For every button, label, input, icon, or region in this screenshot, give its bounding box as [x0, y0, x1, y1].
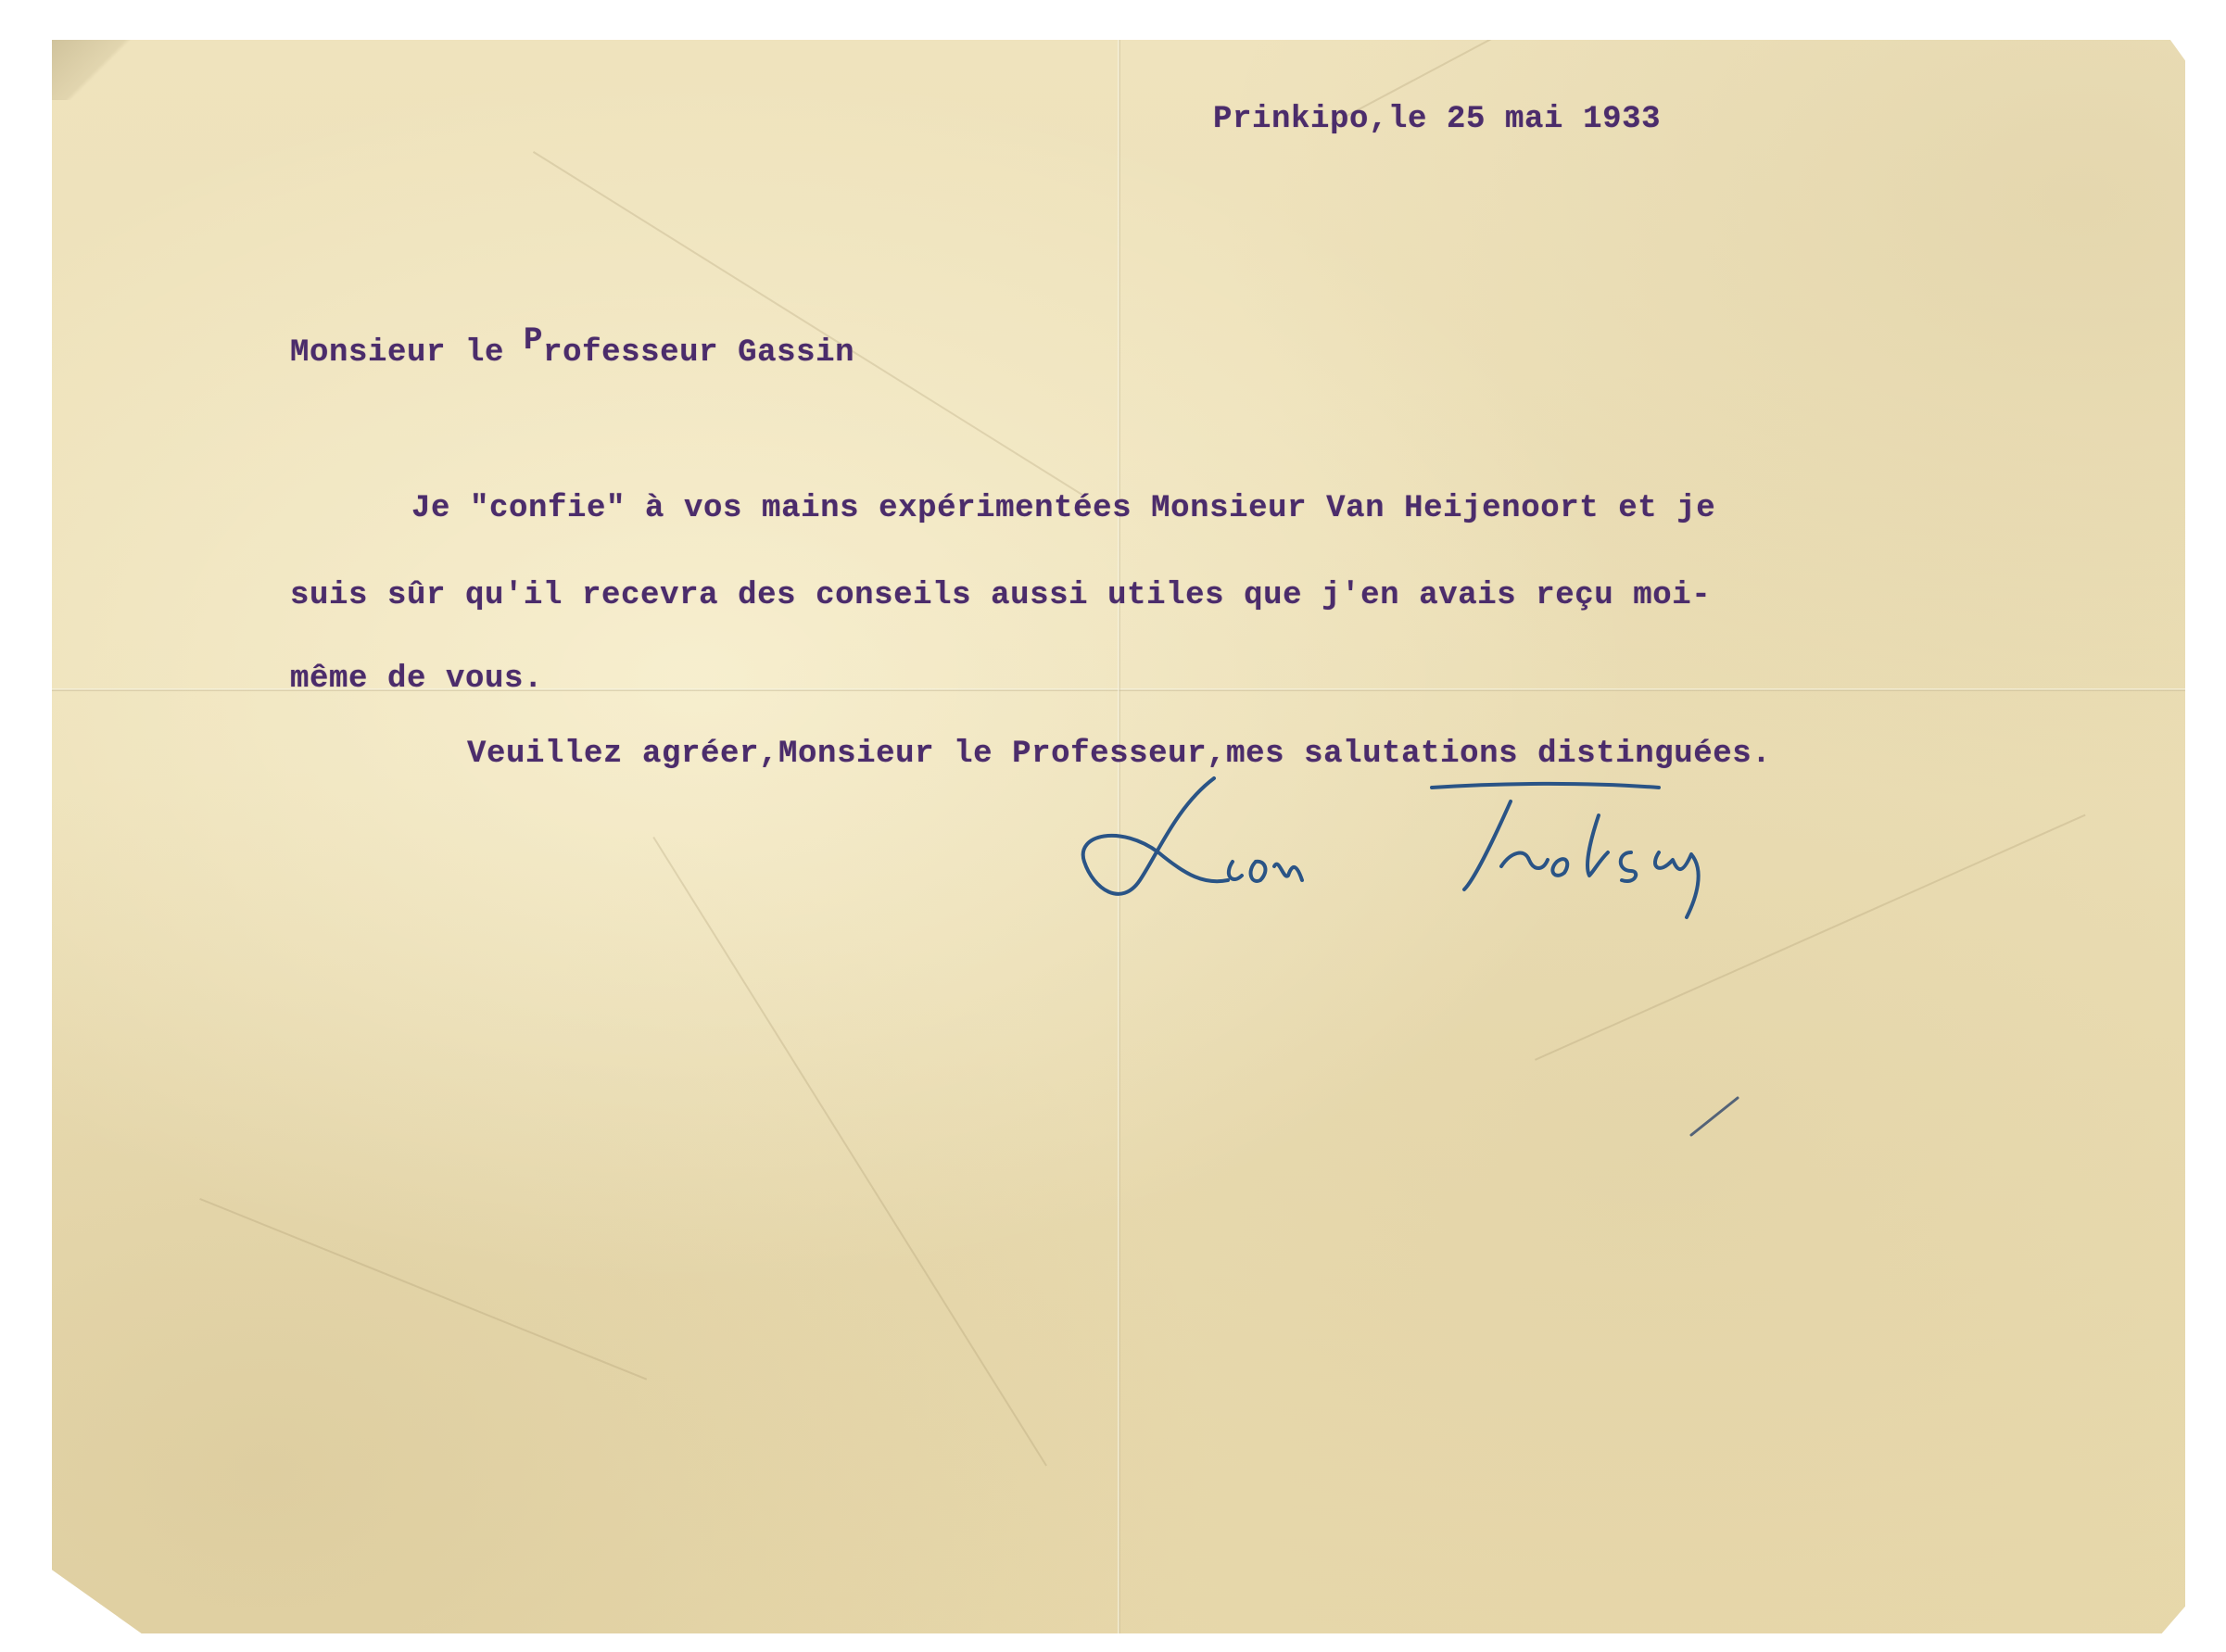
salutation-line: Monsieur le Professeur Gassin	[290, 335, 854, 371]
corner-fold	[52, 40, 145, 100]
crease	[652, 837, 1047, 1466]
place-date-line: Prinkipo,le 25 mai 1933	[1213, 102, 1661, 137]
salutation-end: rofesseur Gassin	[543, 335, 854, 371]
signature-ink-icon	[1066, 750, 1770, 936]
crease	[533, 151, 1084, 497]
ink-mark	[1687, 1093, 1742, 1140]
signature-text: Léon Trotsky	[1066, 750, 1067, 751]
salutation-start: Monsieur le	[290, 335, 524, 371]
salutation-raised-letter: P	[524, 323, 543, 359]
pen-stroke-icon	[1687, 1093, 1742, 1140]
body-line: suis sûr qu'il recevra des conseils auss…	[290, 578, 1711, 613]
body-line: Je "confie" à vos mains expérimentées Mo…	[411, 491, 1715, 526]
crease	[199, 1198, 647, 1381]
handwritten-signature: Léon Trotsky	[1066, 750, 1770, 936]
body-line: même de vous.	[290, 662, 543, 697]
